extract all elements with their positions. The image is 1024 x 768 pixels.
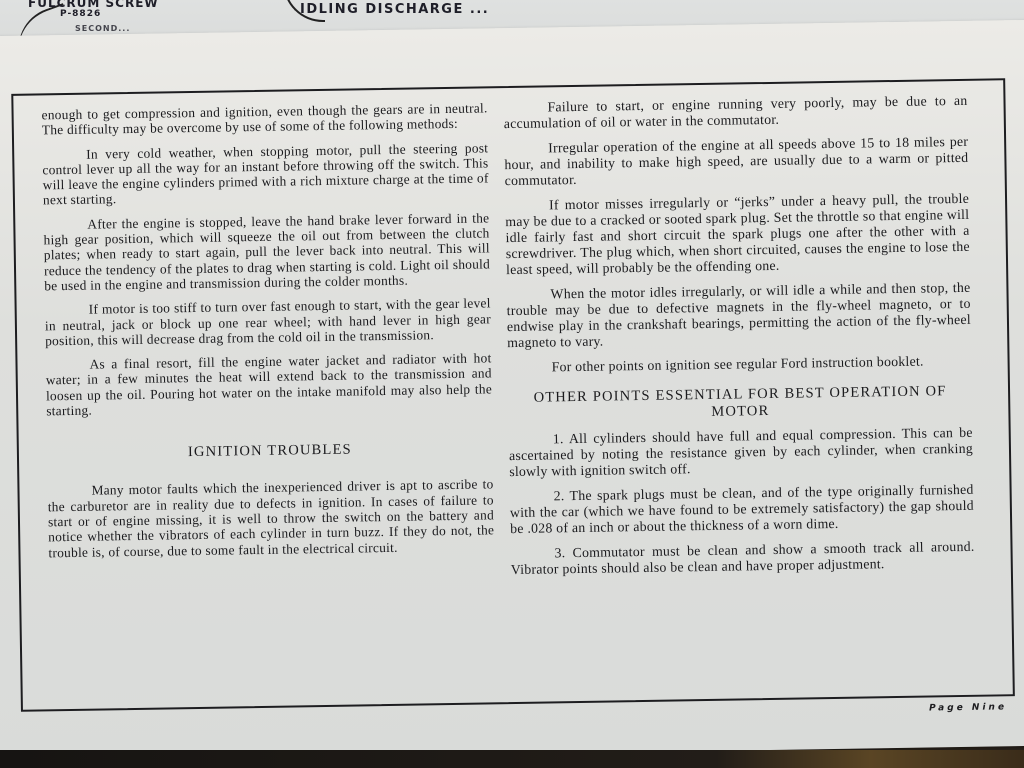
numbered-item: 1. All cylinders should have full and eq… — [509, 425, 974, 480]
table-surface — [0, 750, 1024, 768]
page-border-frame: enough to get compression and ignition, … — [11, 78, 1015, 712]
page-number: Page Nine — [929, 702, 1007, 713]
photo-scene: FULCRUM SCREW P-8826 SECOND... IDLING DI… — [0, 0, 1024, 768]
document-page: enough to get compression and ignition, … — [0, 20, 1024, 762]
diagram-label: SECOND... — [75, 24, 130, 33]
paragraph: After the engine is stopped, leave the h… — [43, 210, 490, 293]
paragraph: If motor is too stiff to turn over fast … — [45, 296, 492, 349]
paragraph: When the motor idles irregularly, or wil… — [506, 280, 971, 351]
paragraph: Irregular operation of the engine at all… — [504, 134, 969, 189]
paragraph: In very cold weather, when stopping moto… — [42, 140, 489, 208]
section-heading-other-points: OTHER POINTS ESSENTIAL FOR BEST OPERATIO… — [508, 383, 972, 424]
right-column: Failure to start, or engine running very… — [503, 93, 975, 587]
paragraph: enough to get compression and ignition, … — [41, 100, 487, 138]
numbered-item: 3. Commutator must be clean and show a s… — [510, 539, 974, 578]
paragraph: Many motor faults which the inexperience… — [47, 477, 494, 560]
paragraph: As a final resort, fill the engine water… — [45, 351, 492, 419]
section-heading-ignition-troubles: IGNITION TROUBLES — [47, 440, 493, 464]
diagram-label: IDLING DISCHARGE ... — [300, 2, 489, 17]
left-column: enough to get compression and ignition, … — [41, 100, 494, 569]
paragraph: Failure to start, or engine running very… — [503, 93, 967, 132]
diagram-label: P-8826 — [60, 9, 101, 19]
numbered-item: 2. The spark plugs must be clean, and of… — [510, 482, 975, 537]
paragraph: If motor misses irregularly or “jerks” u… — [505, 191, 970, 278]
paragraph: For other points on ignition see regular… — [508, 353, 972, 376]
